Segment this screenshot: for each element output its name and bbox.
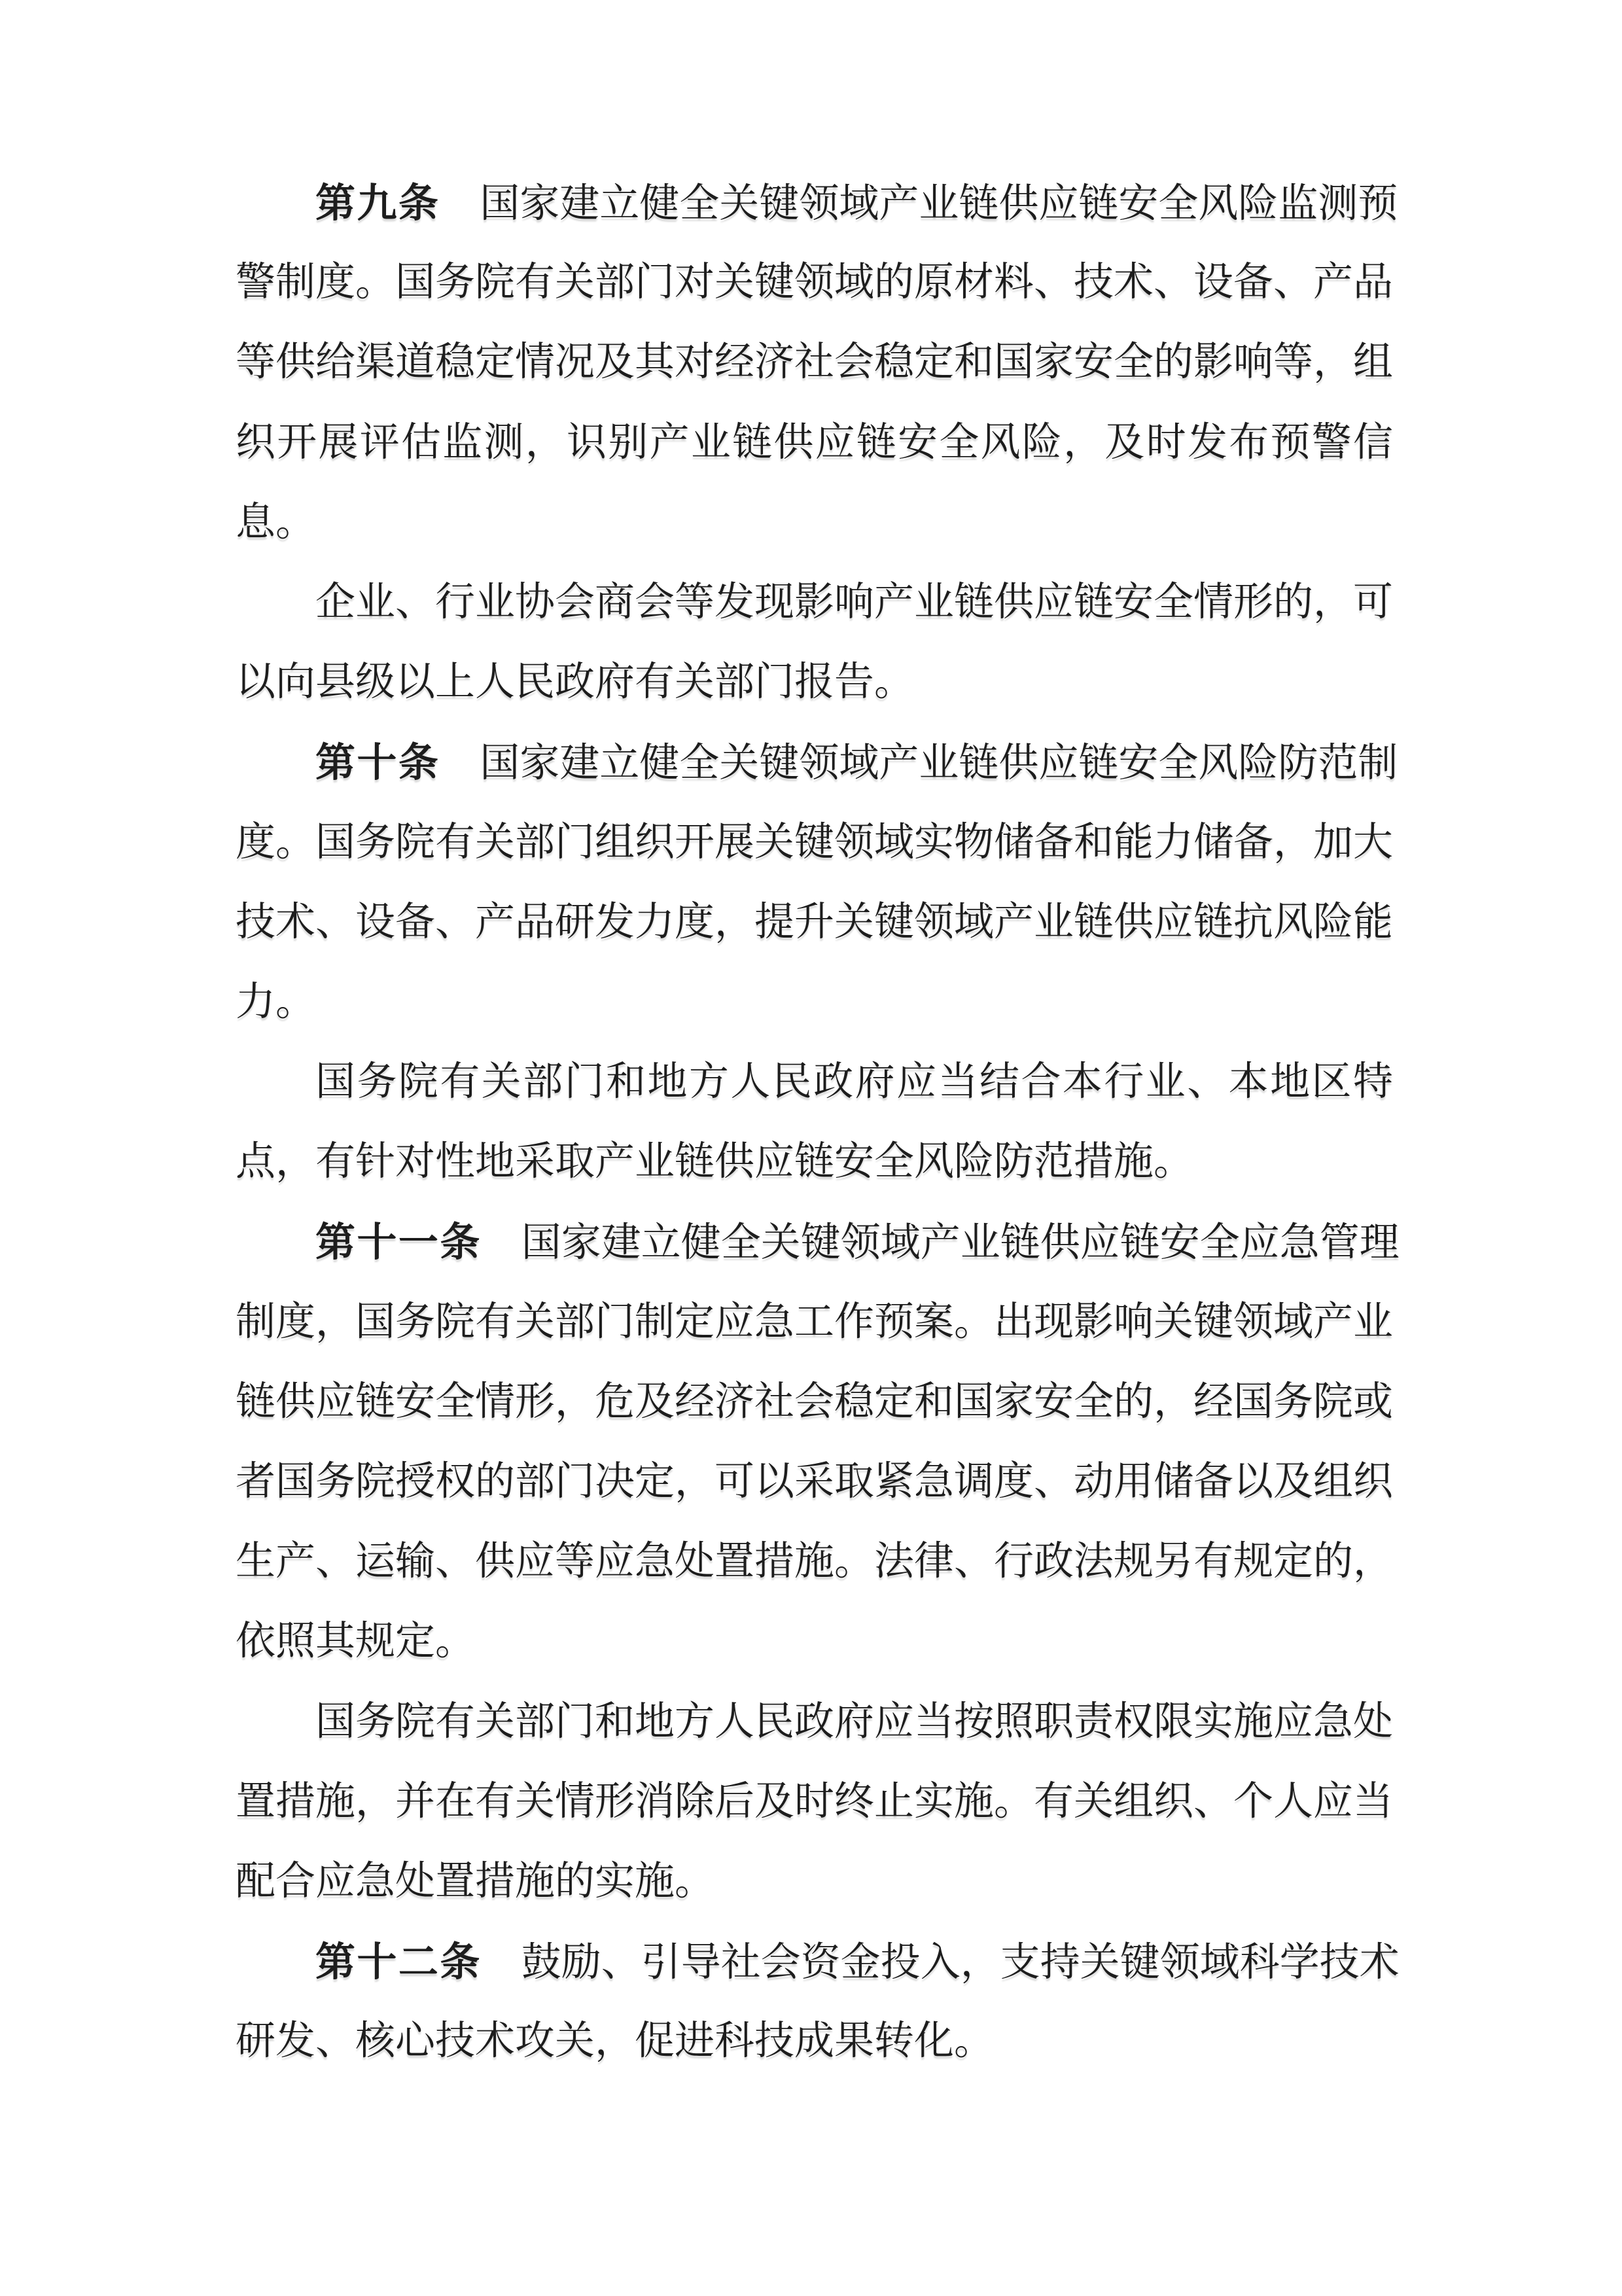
text-line: 依照其规定。	[236, 1602, 1393, 1682]
text-line: 研发、核心技术攻关，促进科技成果转化。	[236, 2002, 1393, 2081]
paragraph: 第十条 国家建立健全关键领域产业链供应链安全风险防范制度。国务院有关部门组织开展…	[236, 722, 1393, 1042]
article-number: 第十一条	[315, 1220, 482, 1264]
paragraph: 国务院有关部门和地方人民政府应当按照职责权限实施应急处置措施，并在有关情形消除后…	[236, 1682, 1393, 1922]
text-line: 第十条 国家建立健全关键领域产业链供应链安全风险防范制	[236, 722, 1393, 802]
text-line: 置措施，并在有关情形消除后及时终止实施。有关组织、个人应当	[236, 1762, 1393, 1842]
text-line: 企业、行业协会商会等发现影响产业链供应链安全情形的，可	[236, 563, 1393, 643]
document-page: 第九条 国家建立健全关键领域产业链供应链安全风险监测预警制度。国务院有关部门对关…	[0, 0, 1622, 2296]
article-number: 第九条	[315, 181, 440, 225]
text-line: 生产、运输、供应等应急处置措施。法律、行政法规另有规定的，	[236, 1522, 1393, 1602]
text-line: 第十一条 国家建立健全关键领域产业链供应链安全应急管理	[236, 1202, 1393, 1282]
text-line: 第九条 国家建立健全关键领域产业链供应链安全风险监测预	[236, 163, 1393, 243]
text-line: 制度，国务院有关部门制定应急工作预案。出现影响关键领域产业	[236, 1282, 1393, 1362]
article-number: 第十条	[315, 740, 440, 785]
text-line: 第十二条 鼓励、引导社会资金投入，支持关键领域科学技术	[236, 1922, 1393, 2002]
paragraph: 第十二条 鼓励、引导社会资金投入，支持关键领域科学技术研发、核心技术攻关，促进科…	[236, 1922, 1393, 2081]
text-line: 警制度。国务院有关部门对关键领域的原材料、技术、设备、产品	[236, 243, 1393, 323]
text-line: 点，有针对性地采取产业链供应链安全风险防范措施。	[236, 1122, 1393, 1202]
text-line: 者国务院授权的部门决定，可以采取紧急调度、动用储备以及组织	[236, 1442, 1393, 1522]
text-line: 国务院有关部门和地方人民政府应当按照职责权限实施应急处	[236, 1682, 1393, 1762]
text-line: 配合应急处置措施的实施。	[236, 1842, 1393, 1922]
text-line: 技术、设备、产品研发力度，提升关键领域产业链供应链抗风险能	[236, 883, 1393, 963]
text-line: 等供给渠道稳定情况及其对经济社会稳定和国家安全的影响等，组	[236, 323, 1393, 402]
text-line: 息。	[236, 483, 1393, 563]
text-line: 国务院有关部门和地方人民政府应当结合本行业、本地区特	[236, 1042, 1393, 1122]
text-line: 链供应链安全情形，危及经济社会稳定和国家安全的，经国务院或	[236, 1362, 1393, 1442]
paragraph: 第九条 国家建立健全关键领域产业链供应链安全风险监测预警制度。国务院有关部门对关…	[236, 163, 1393, 563]
text-line: 力。	[236, 963, 1393, 1042]
text-line: 以向县级以上人民政府有关部门报告。	[236, 643, 1393, 722]
document-body: 第九条 国家建立健全关键领域产业链供应链安全风险监测预警制度。国务院有关部门对关…	[236, 163, 1393, 2082]
text-line: 织开展评估监测，识别产业链供应链安全风险，及时发布预警信	[236, 403, 1393, 483]
paragraph: 企业、行业协会商会等发现影响产业链供应链安全情形的，可以向县级以上人民政府有关部…	[236, 563, 1393, 722]
article-number: 第十二条	[315, 1939, 482, 1984]
paragraph: 国务院有关部门和地方人民政府应当结合本行业、本地区特点，有针对性地采取产业链供应…	[236, 1042, 1393, 1202]
text-line: 度。国务院有关部门组织开展关键领域实物储备和能力储备，加大	[236, 803, 1393, 883]
paragraph: 第十一条 国家建立健全关键领域产业链供应链安全应急管理制度，国务院有关部门制定应…	[236, 1202, 1393, 1682]
